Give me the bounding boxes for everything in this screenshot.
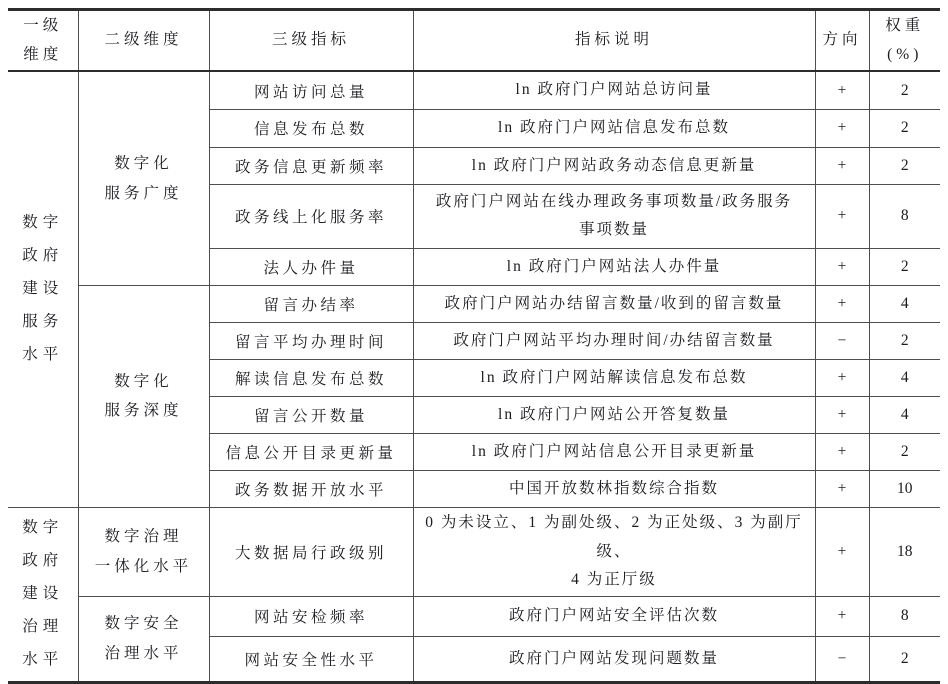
- direction-cell: −: [815, 636, 869, 682]
- weight-cell: 2: [869, 433, 940, 470]
- description-cell: 0 为未设立、1 为副处级、2 为正处级、3 为副厅级、 4 为正厅级: [413, 507, 815, 596]
- direction-cell: −: [815, 322, 869, 359]
- table-row: 数字化 服务深度 留言办结率 政府门户网站办结留言数量/收到的留言数量 + 4: [8, 285, 940, 322]
- weight-cell: 2: [869, 71, 940, 109]
- direction-cell: +: [815, 248, 869, 285]
- description-cell: ln 政府门户网站解读信息发布总数: [413, 359, 815, 396]
- page: 一级 维度 二级维度 三级指标 指标说明 方向 权重 (%) 数字 政府 建设 …: [0, 0, 948, 666]
- level2-group-service-breadth: 数字化 服务广度: [78, 71, 209, 285]
- indicator-system-table: 一级 维度 二级维度 三级指标 指标说明 方向 权重 (%) 数字 政府 建设 …: [8, 8, 940, 684]
- description-cell: 政府门户网站办结留言数量/收到的留言数量: [413, 285, 815, 322]
- direction-cell: +: [815, 433, 869, 470]
- description-cell: 政府门户网站安全评估次数: [413, 596, 815, 636]
- direction-cell: +: [815, 147, 869, 184]
- indicator-cell: 解读信息发布总数: [209, 359, 413, 396]
- description-cell: 政府门户网站平均办理时间/办结留言数量: [413, 322, 815, 359]
- direction-cell: +: [815, 71, 869, 109]
- description-cell: 政府门户网站在线办理政务事项数量/政务服务 事项数量: [413, 184, 815, 248]
- header-weight: 权重 (%): [869, 10, 940, 72]
- description-cell: ln 政府门户网站总访问量: [413, 71, 815, 109]
- weight-cell: 2: [869, 322, 940, 359]
- indicator-cell: 网站访问总量: [209, 71, 413, 109]
- header-row: 一级 维度 二级维度 三级指标 指标说明 方向 权重 (%): [8, 10, 940, 72]
- level1-group-service: 数字 政府 建设 服务 水平: [8, 71, 78, 507]
- level2-group-governance-integration: 数字治理 一体化水平: [78, 507, 209, 596]
- indicator-cell: 信息发布总数: [209, 109, 413, 147]
- header-direction: 方向: [815, 10, 869, 72]
- weight-cell: 4: [869, 359, 940, 396]
- weight-cell: 8: [869, 184, 940, 248]
- direction-cell: +: [815, 470, 869, 507]
- level1-group-governance: 数字 政府 建设 治理 水平: [8, 507, 78, 682]
- weight-cell: 4: [869, 285, 940, 322]
- direction-cell: +: [815, 184, 869, 248]
- description-cell: ln 政府门户网站政务动态信息更新量: [413, 147, 815, 184]
- weight-cell: 2: [869, 109, 940, 147]
- header-level2-dimension: 二级维度: [78, 10, 209, 72]
- weight-cell: 2: [869, 147, 940, 184]
- direction-cell: +: [815, 507, 869, 596]
- table-row: 数字 政府 建设 服务 水平 数字化 服务广度 网站访问总量 ln 政府门户网站…: [8, 71, 940, 109]
- description-cell: ln 政府门户网站公开答复数量: [413, 396, 815, 433]
- direction-cell: +: [815, 109, 869, 147]
- weight-cell: 4: [869, 396, 940, 433]
- indicator-cell: 政务线上化服务率: [209, 184, 413, 248]
- weight-cell: 2: [869, 248, 940, 285]
- weight-cell: 18: [869, 507, 940, 596]
- description-cell: ln 政府门户网站法人办件量: [413, 248, 815, 285]
- weight-cell: 2: [869, 636, 940, 682]
- level2-group-digital-security: 数字安全 治理水平: [78, 596, 209, 682]
- weight-cell: 8: [869, 596, 940, 636]
- level2-group-service-depth: 数字化 服务深度: [78, 285, 209, 507]
- description-cell: ln 政府门户网站信息公开目录更新量: [413, 433, 815, 470]
- indicator-cell: 网站安全性水平: [209, 636, 413, 682]
- indicator-cell: 信息公开目录更新量: [209, 433, 413, 470]
- weight-cell: 10: [869, 470, 940, 507]
- direction-cell: +: [815, 359, 869, 396]
- table-row: 数字安全 治理水平 网站安检频率 政府门户网站安全评估次数 + 8: [8, 596, 940, 636]
- indicator-cell: 留言平均办理时间: [209, 322, 413, 359]
- indicator-cell: 政务数据开放水平: [209, 470, 413, 507]
- indicator-cell: 法人办件量: [209, 248, 413, 285]
- description-cell: ln 政府门户网站信息发布总数: [413, 109, 815, 147]
- direction-cell: +: [815, 396, 869, 433]
- direction-cell: +: [815, 285, 869, 322]
- indicator-cell: 网站安检频率: [209, 596, 413, 636]
- indicator-cell: 大数据局行政级别: [209, 507, 413, 596]
- header-description: 指标说明: [413, 10, 815, 72]
- description-cell: 中国开放数林指数综合指数: [413, 470, 815, 507]
- direction-cell: +: [815, 596, 869, 636]
- indicator-cell: 政务信息更新频率: [209, 147, 413, 184]
- indicator-cell: 留言办结率: [209, 285, 413, 322]
- description-cell: 政府门户网站发现问题数量: [413, 636, 815, 682]
- indicator-cell: 留言公开数量: [209, 396, 413, 433]
- table-row: 数字 政府 建设 治理 水平 数字治理 一体化水平 大数据局行政级别 0 为未设…: [8, 507, 940, 596]
- header-level1-dimension: 一级 维度: [8, 10, 78, 72]
- header-level3-indicator: 三级指标: [209, 10, 413, 72]
